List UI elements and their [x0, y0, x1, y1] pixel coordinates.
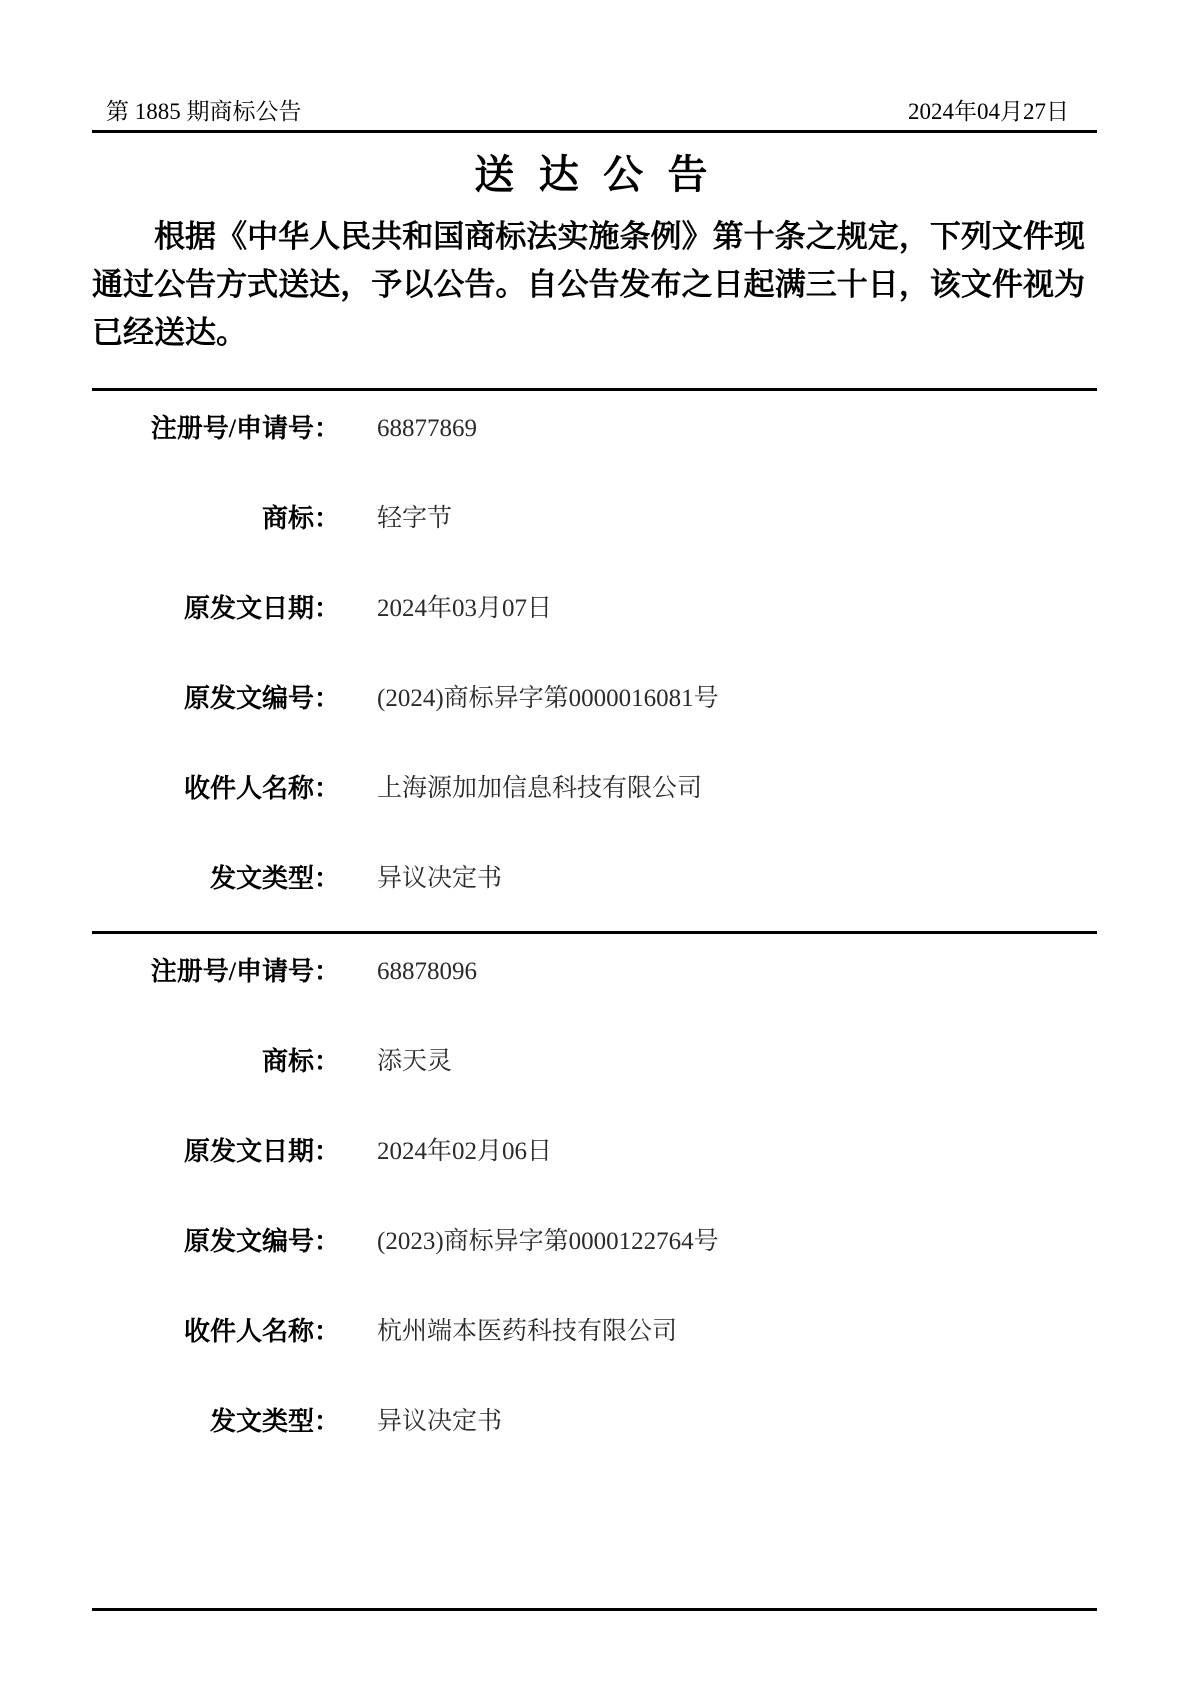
- field-label: 商标：: [92, 1046, 340, 1078]
- field-label: 注册号/申请号：: [92, 413, 340, 445]
- field-label: 原发文日期：: [92, 593, 340, 625]
- field-row: 收件人名称：上海源加加信息科技有限公司: [92, 751, 1097, 841]
- field-value: 异议决定书: [340, 1406, 1097, 1438]
- field-row: 原发文日期：2024年02月06日: [92, 1114, 1097, 1204]
- field-value: 杭州端本医药科技有限公司: [340, 1316, 1097, 1348]
- field-label: 收件人名称：: [92, 773, 340, 805]
- field-row: 原发文编号：(2023)商标异字第0000122764号: [92, 1204, 1097, 1294]
- field-value: 异议决定书: [340, 863, 1097, 895]
- field-row: 商标：轻字节: [92, 481, 1097, 571]
- field-value: 添天灵: [340, 1046, 1097, 1078]
- field-label: 原发文编号：: [92, 1226, 340, 1258]
- field-value: 上海源加加信息科技有限公司: [340, 773, 1097, 805]
- field-row: 原发文日期：2024年03月07日: [92, 571, 1097, 661]
- publication-date: 2024年04月27日: [908, 94, 1097, 130]
- field-value: 2024年02月06日: [340, 1136, 1097, 1168]
- field-row: 注册号/申请号：68877869: [92, 391, 1097, 481]
- field-row: 收件人名称：杭州端本医药科技有限公司: [92, 1294, 1097, 1384]
- record: 注册号/申请号：68878096商标：添天灵原发文日期：2024年02月06日原…: [92, 931, 1097, 1474]
- page-content: 第 1885 期商标公告 2024年04月27日 送 达 公 告 根据《中华人民…: [92, 0, 1097, 1611]
- field-value: 68877869: [340, 413, 1097, 445]
- field-row: 原发文编号：(2024)商标异字第0000016081号: [92, 661, 1097, 751]
- gazette-issue-number: 第 1885 期商标公告: [92, 94, 302, 130]
- field-row: 注册号/申请号：68878096: [92, 934, 1097, 1024]
- field-label: 注册号/申请号：: [92, 956, 340, 988]
- intro-paragraph: 根据《中华人民共和国商标法实施条例》第十条之规定，下列文件现通过公告方式送达，予…: [92, 213, 1085, 357]
- field-label: 发文类型：: [92, 863, 340, 895]
- field-value: (2023)商标异字第0000122764号: [340, 1226, 1097, 1258]
- gazette-page: 第 1885 期商标公告 2024年04月27日 送 达 公 告 根据《中华人民…: [0, 0, 1190, 1684]
- page-header: 第 1885 期商标公告 2024年04月27日: [92, 0, 1097, 133]
- field-value: (2024)商标异字第0000016081号: [340, 683, 1097, 715]
- field-row: 发文类型：异议决定书: [92, 1384, 1097, 1474]
- field-label: 原发文编号：: [92, 683, 340, 715]
- field-row: 发文类型：异议决定书: [92, 841, 1097, 931]
- record: 注册号/申请号：68877869商标：轻字节原发文日期：2024年03月07日原…: [92, 391, 1097, 931]
- field-value: 68878096: [340, 956, 1097, 988]
- field-label: 收件人名称：: [92, 1316, 340, 1348]
- field-value: 2024年03月07日: [340, 593, 1097, 625]
- field-value: 轻字节: [340, 503, 1097, 535]
- records-table: 注册号/申请号：68877869商标：轻字节原发文日期：2024年03月07日原…: [92, 388, 1097, 1611]
- field-label: 发文类型：: [92, 1406, 340, 1438]
- field-row: 商标：添天灵: [92, 1024, 1097, 1114]
- page-title: 送 达 公 告: [92, 147, 1097, 203]
- field-label: 原发文日期：: [92, 1136, 340, 1168]
- field-label: 商标：: [92, 503, 340, 535]
